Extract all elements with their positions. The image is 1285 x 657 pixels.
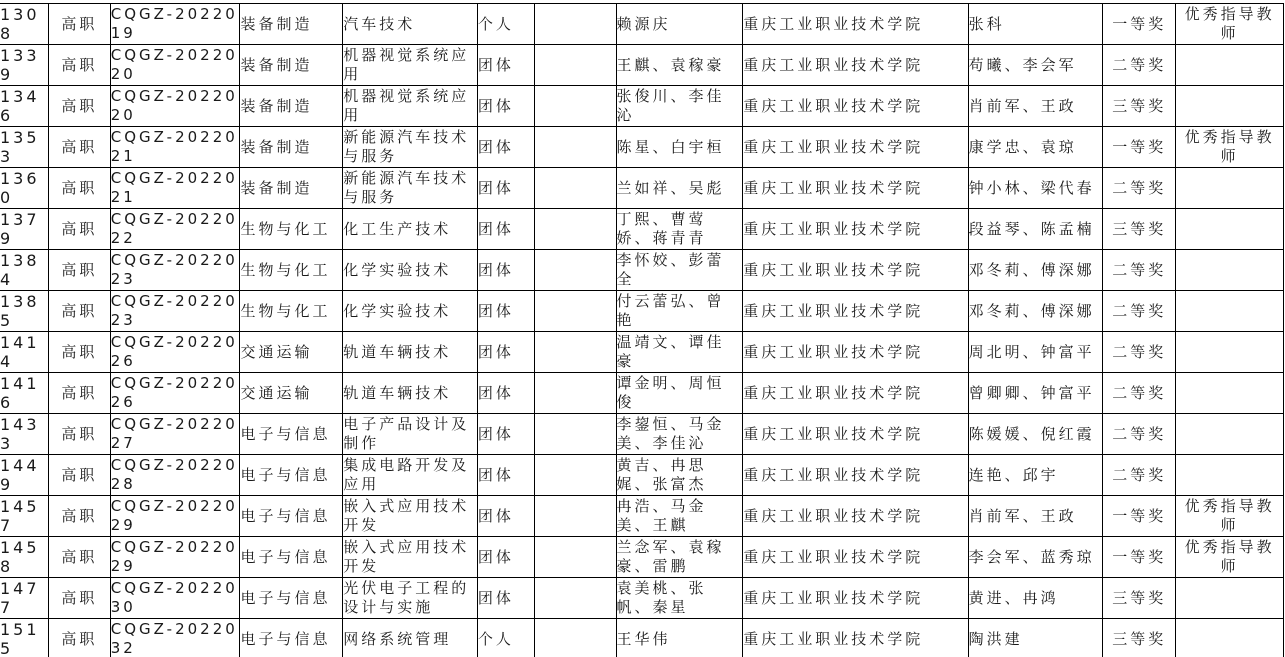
entry-type-cell-text: 团体	[478, 425, 534, 444]
teachers-cell: 肖前军、王政	[968, 86, 1103, 127]
students-cell-text: 王麒、袁稼豪	[617, 56, 743, 75]
school-cell-text: 重庆工业职业技术学院	[743, 589, 967, 608]
row-id-cell: 1379	[0, 209, 48, 250]
teachers-cell: 张科	[968, 4, 1103, 45]
awards-table: 1308高职CQGZ-2022019装备制造汽车技术个人赖源庆重庆工业职业技术学…	[0, 3, 1284, 657]
blank-cell	[534, 45, 616, 86]
school-cell-text: 重庆工业职业技术学院	[743, 425, 967, 444]
event-code-cell-text: CQGZ-2022032	[111, 620, 240, 657]
school-cell: 重庆工业职业技术学院	[743, 209, 968, 250]
award-cell-text: 二等奖	[1103, 466, 1175, 485]
school-cell-text: 重庆工业职业技术学院	[743, 56, 967, 75]
students-cell-text: 温靖文、谭佳豪	[617, 333, 743, 371]
level-cell-text: 高职	[49, 138, 110, 157]
level-cell: 高职	[48, 619, 110, 657]
row-id-cell: 1353	[0, 127, 48, 168]
level-cell: 高职	[48, 332, 110, 373]
row-id-cell: 1384	[0, 250, 48, 291]
event-name-cell-text: 嵌入式应用技术开发	[343, 497, 477, 535]
event-name-cell: 机器视觉系统应用	[343, 45, 478, 86]
event-name-cell-text: 机器视觉系统应用	[343, 46, 477, 84]
award-cell-text: 三等奖	[1103, 220, 1175, 239]
level-cell: 高职	[48, 291, 110, 332]
event-code-cell: CQGZ-2022026	[110, 332, 240, 373]
note-cell	[1176, 45, 1284, 86]
award-cell-text: 二等奖	[1103, 261, 1175, 280]
teachers-cell-text: 黄进、冉鸿	[969, 589, 1103, 608]
table-row: 1385高职CQGZ-2022023生物与化工化学实验技术团体付云蕾弘、曾艳重庆…	[0, 291, 1284, 332]
teachers-cell: 段益琴、陈孟楠	[968, 209, 1103, 250]
event-name-cell-text: 网络系统管理	[343, 630, 477, 649]
entry-type-cell-text: 团体	[478, 466, 534, 485]
entry-type-cell: 团体	[477, 250, 534, 291]
teachers-cell-text: 段益琴、陈孟楠	[969, 220, 1103, 239]
teachers-cell: 邓冬莉、傅深娜	[968, 291, 1103, 332]
note-cell	[1176, 332, 1284, 373]
event-code-cell-text: CQGZ-2022029	[111, 497, 240, 535]
category-cell-text: 生物与化工	[240, 261, 342, 280]
school-cell-text: 重庆工业职业技术学院	[743, 97, 967, 116]
award-cell: 一等奖	[1103, 4, 1176, 45]
event-code-cell-text: CQGZ-2022020	[111, 46, 240, 84]
award-cell: 二等奖	[1103, 250, 1176, 291]
event-code-cell-text: CQGZ-2022027	[111, 415, 240, 453]
school-cell: 重庆工业职业技术学院	[743, 578, 968, 619]
award-cell-text: 二等奖	[1103, 179, 1175, 198]
event-name-cell: 嵌入式应用技术开发	[343, 496, 478, 537]
event-code-cell: CQGZ-2022021	[110, 168, 240, 209]
students-cell-text: 黄吉、冉思娓、张富杰	[617, 456, 743, 494]
students-cell-text: 张俊川、李佳沁	[617, 87, 743, 125]
category-cell-text: 电子与信息	[240, 548, 342, 567]
teachers-cell-text: 连艳、邱宇	[969, 466, 1103, 485]
level-cell: 高职	[48, 578, 110, 619]
event-code-cell: CQGZ-2022028	[110, 455, 240, 496]
event-name-cell: 化学实验技术	[343, 291, 478, 332]
table-row: 1346高职CQGZ-2022020装备制造机器视觉系统应用团体张俊川、李佳沁重…	[0, 86, 1284, 127]
event-code-cell: CQGZ-2022029	[110, 496, 240, 537]
teachers-cell-text: 钟小林、梁代春	[969, 179, 1103, 198]
award-cell-text: 二等奖	[1103, 425, 1175, 444]
award-cell-text: 二等奖	[1103, 343, 1175, 362]
school-cell: 重庆工业职业技术学院	[743, 168, 968, 209]
category-cell-text: 电子与信息	[240, 589, 342, 608]
note-cell	[1176, 373, 1284, 414]
event-name-cell-text: 汽车技术	[343, 15, 477, 34]
category-cell: 电子与信息	[240, 496, 343, 537]
entry-type-cell-text: 团体	[478, 56, 534, 75]
note-cell	[1176, 168, 1284, 209]
award-cell: 三等奖	[1103, 209, 1176, 250]
entry-type-cell-text: 团体	[478, 548, 534, 567]
table-row: 1414高职CQGZ-2022026交通运输轨道车辆技术团体温靖文、谭佳豪重庆工…	[0, 332, 1284, 373]
students-cell-text: 付云蕾弘、曾艳	[617, 292, 743, 330]
table-row: 1515高职CQGZ-2022032电子与信息网络系统管理个人王华伟重庆工业职业…	[0, 619, 1284, 657]
school-cell: 重庆工业职业技术学院	[743, 619, 968, 657]
teachers-cell: 邓冬莉、傅深娜	[968, 250, 1103, 291]
table-row: 1384高职CQGZ-2022023生物与化工化学实验技术团体李怀姣、彭蕾全重庆…	[0, 250, 1284, 291]
award-cell-text: 二等奖	[1103, 302, 1175, 321]
event-name-cell: 轨道车辆技术	[343, 373, 478, 414]
category-cell: 生物与化工	[240, 209, 343, 250]
table-row: 1433高职CQGZ-2022027电子与信息电子产品设计及制作团体李鋆恒、马金…	[0, 414, 1284, 455]
students-cell: 付云蕾弘、曾艳	[616, 291, 743, 332]
blank-cell	[534, 209, 616, 250]
table-row: 1360高职CQGZ-2022021装备制造新能源汽车技术与服务团体兰如祥、吴彪…	[0, 168, 1284, 209]
level-cell: 高职	[48, 250, 110, 291]
event-code-cell-text: CQGZ-2022028	[111, 456, 240, 494]
entry-type-cell: 团体	[477, 168, 534, 209]
event-name-cell-text: 集成电路开发及应用	[343, 456, 477, 494]
teachers-cell: 陶洪建	[968, 619, 1103, 657]
level-cell: 高职	[48, 414, 110, 455]
blank-cell	[534, 619, 616, 657]
note-cell	[1176, 209, 1284, 250]
category-cell: 电子与信息	[240, 455, 343, 496]
category-cell: 装备制造	[240, 4, 343, 45]
event-code-cell: CQGZ-2022022	[110, 209, 240, 250]
event-name-cell-text: 轨道车辆技术	[343, 343, 477, 362]
blank-cell	[534, 127, 616, 168]
level-cell-text: 高职	[49, 507, 110, 526]
row-id-cell: 1457	[0, 496, 48, 537]
row-id-cell-text: 1353	[0, 128, 48, 166]
event-name-cell: 新能源汽车技术与服务	[343, 127, 478, 168]
students-cell: 陈星、白宇桓	[616, 127, 743, 168]
entry-type-cell: 团体	[477, 332, 534, 373]
award-cell: 三等奖	[1103, 86, 1176, 127]
event-name-cell: 光伏电子工程的设计与实施	[343, 578, 478, 619]
teachers-cell: 李会军、蓝秀琼	[968, 537, 1103, 578]
level-cell: 高职	[48, 45, 110, 86]
event-code-cell: CQGZ-2022020	[110, 45, 240, 86]
award-cell: 三等奖	[1103, 619, 1176, 657]
entry-type-cell-text: 团体	[478, 302, 534, 321]
note-cell	[1176, 455, 1284, 496]
entry-type-cell-text: 团体	[478, 179, 534, 198]
event-code-cell: CQGZ-2022023	[110, 291, 240, 332]
note-cell	[1176, 619, 1284, 657]
table-row: 1416高职CQGZ-2022026交通运输轨道车辆技术团体谭金明、周恒俊重庆工…	[0, 373, 1284, 414]
event-code-cell-text: CQGZ-2022022	[111, 210, 240, 248]
level-cell-text: 高职	[49, 220, 110, 239]
award-cell-text: 一等奖	[1103, 15, 1175, 34]
blank-cell	[534, 291, 616, 332]
category-cell-text: 电子与信息	[240, 630, 342, 649]
level-cell-text: 高职	[49, 548, 110, 567]
note-cell-text: 优秀指导教师	[1176, 497, 1283, 535]
level-cell-text: 高职	[49, 179, 110, 198]
award-cell: 二等奖	[1103, 455, 1176, 496]
entry-type-cell-text: 团体	[478, 261, 534, 280]
entry-type-cell-text: 团体	[478, 343, 534, 362]
level-cell-text: 高职	[49, 56, 110, 75]
row-id-cell-text: 1458	[0, 538, 48, 576]
event-name-cell-text: 嵌入式应用技术开发	[343, 538, 477, 576]
students-cell-text: 李鋆恒、马金美、李佳沁	[617, 415, 743, 453]
teachers-cell: 康学忠、袁琼	[968, 127, 1103, 168]
event-name-cell: 汽车技术	[343, 4, 478, 45]
event-code-cell-text: CQGZ-2022021	[111, 128, 240, 166]
award-cell: 二等奖	[1103, 414, 1176, 455]
row-id-cell-text: 1384	[0, 251, 48, 289]
entry-type-cell: 团体	[477, 291, 534, 332]
level-cell: 高职	[48, 537, 110, 578]
students-cell: 兰如祥、吴彪	[616, 168, 743, 209]
event-name-cell-text: 新能源汽车技术与服务	[343, 128, 477, 166]
students-cell-text: 冉浩、马金美、王麒	[617, 497, 743, 535]
row-id-cell-text: 1346	[0, 87, 48, 125]
teachers-cell: 陈媛媛、倪红霞	[968, 414, 1103, 455]
category-cell: 交通运输	[240, 373, 343, 414]
note-cell-text: 优秀指导教师	[1176, 538, 1283, 576]
event-name-cell: 轨道车辆技术	[343, 332, 478, 373]
award-cell-text: 三等奖	[1103, 630, 1175, 649]
level-cell: 高职	[48, 455, 110, 496]
category-cell-text: 电子与信息	[240, 507, 342, 526]
award-cell-text: 一等奖	[1103, 138, 1175, 157]
school-cell-text: 重庆工业职业技术学院	[743, 630, 967, 649]
school-cell: 重庆工业职业技术学院	[743, 86, 968, 127]
row-id-cell: 1458	[0, 537, 48, 578]
category-cell-text: 电子与信息	[240, 466, 342, 485]
event-code-cell: CQGZ-2022021	[110, 127, 240, 168]
row-id-cell-text: 1385	[0, 292, 48, 330]
school-cell-text: 重庆工业职业技术学院	[743, 302, 967, 321]
table-row: 1379高职CQGZ-2022022生物与化工化工生产技术团体丁熙、曹莺娇、蒋青…	[0, 209, 1284, 250]
award-cell: 一等奖	[1103, 127, 1176, 168]
note-cell	[1176, 250, 1284, 291]
note-cell	[1176, 86, 1284, 127]
event-name-cell: 化学实验技术	[343, 250, 478, 291]
event-name-cell-text: 化工生产技术	[343, 220, 477, 239]
category-cell: 装备制造	[240, 168, 343, 209]
teachers-cell-text: 邓冬莉、傅深娜	[969, 302, 1103, 321]
entry-type-cell: 团体	[477, 496, 534, 537]
students-cell-text: 谭金明、周恒俊	[617, 374, 743, 412]
award-cell-text: 二等奖	[1103, 384, 1175, 403]
students-cell: 王华伟	[616, 619, 743, 657]
teachers-cell: 肖前军、王政	[968, 496, 1103, 537]
event-name-cell-text: 机器视觉系统应用	[343, 87, 477, 125]
school-cell: 重庆工业职业技术学院	[743, 537, 968, 578]
note-cell: 优秀指导教师	[1176, 127, 1284, 168]
students-cell-text: 兰如祥、吴彪	[617, 179, 743, 198]
event-name-cell: 网络系统管理	[343, 619, 478, 657]
students-cell: 赖源庆	[616, 4, 743, 45]
award-cell-text: 一等奖	[1103, 548, 1175, 567]
row-id-cell: 1414	[0, 332, 48, 373]
event-code-cell-text: CQGZ-2022021	[111, 169, 240, 207]
note-cell: 优秀指导教师	[1176, 537, 1284, 578]
category-cell: 交通运输	[240, 332, 343, 373]
students-cell-text: 丁熙、曹莺娇、蒋青青	[617, 210, 743, 248]
students-cell: 黄吉、冉思娓、张富杰	[616, 455, 743, 496]
entry-type-cell: 团体	[477, 86, 534, 127]
category-cell-text: 交通运输	[240, 343, 342, 362]
level-cell-text: 高职	[49, 630, 110, 649]
note-cell	[1176, 414, 1284, 455]
row-id-cell: 1346	[0, 86, 48, 127]
school-cell-text: 重庆工业职业技术学院	[743, 138, 967, 157]
award-cell: 一等奖	[1103, 537, 1176, 578]
row-id-cell-text: 1457	[0, 497, 48, 535]
table-row: 1339高职CQGZ-2022020装备制造机器视觉系统应用团体王麒、袁稼豪重庆…	[0, 45, 1284, 86]
table-row: 1353高职CQGZ-2022021装备制造新能源汽车技术与服务团体陈星、白宇桓…	[0, 127, 1284, 168]
table-row: 1458高职CQGZ-2022029电子与信息嵌入式应用技术开发团体兰念军、袁稼…	[0, 537, 1284, 578]
teachers-cell-text: 肖前军、王政	[969, 507, 1103, 526]
teachers-cell-text: 陈媛媛、倪红霞	[969, 425, 1103, 444]
entry-type-cell: 团体	[477, 373, 534, 414]
students-cell: 温靖文、谭佳豪	[616, 332, 743, 373]
event-name-cell: 机器视觉系统应用	[343, 86, 478, 127]
level-cell-text: 高职	[49, 343, 110, 362]
entry-type-cell-text: 团体	[478, 384, 534, 403]
students-cell: 冉浩、马金美、王麒	[616, 496, 743, 537]
level-cell: 高职	[48, 127, 110, 168]
level-cell: 高职	[48, 373, 110, 414]
school-cell-text: 重庆工业职业技术学院	[743, 466, 967, 485]
school-cell: 重庆工业职业技术学院	[743, 291, 968, 332]
school-cell: 重庆工业职业技术学院	[743, 414, 968, 455]
category-cell-text: 装备制造	[240, 138, 342, 157]
award-cell: 三等奖	[1103, 578, 1176, 619]
award-cell: 二等奖	[1103, 45, 1176, 86]
blank-cell	[534, 578, 616, 619]
event-name-cell-text: 化学实验技术	[343, 302, 477, 321]
table-row: 1308高职CQGZ-2022019装备制造汽车技术个人赖源庆重庆工业职业技术学…	[0, 4, 1284, 45]
award-cell-text: 三等奖	[1103, 589, 1175, 608]
level-cell: 高职	[48, 209, 110, 250]
school-cell: 重庆工业职业技术学院	[743, 4, 968, 45]
event-name-cell: 嵌入式应用技术开发	[343, 537, 478, 578]
level-cell-text: 高职	[49, 425, 110, 444]
event-name-cell-text: 化学实验技术	[343, 261, 477, 280]
event-code-cell: CQGZ-2022023	[110, 250, 240, 291]
row-id-cell-text: 1477	[0, 579, 48, 617]
students-cell: 王麒、袁稼豪	[616, 45, 743, 86]
event-name-cell-text: 新能源汽车技术与服务	[343, 169, 477, 207]
row-id-cell: 1385	[0, 291, 48, 332]
blank-cell	[534, 537, 616, 578]
level-cell: 高职	[48, 168, 110, 209]
note-cell-text: 优秀指导教师	[1176, 5, 1283, 43]
row-id-cell: 1360	[0, 168, 48, 209]
event-name-cell: 集成电路开发及应用	[343, 455, 478, 496]
event-name-cell: 电子产品设计及制作	[343, 414, 478, 455]
entry-type-cell-text: 团体	[478, 97, 534, 116]
event-code-cell: CQGZ-2022030	[110, 578, 240, 619]
event-name-cell-text: 光伏电子工程的设计与实施	[343, 579, 477, 617]
event-name-cell-text: 电子产品设计及制作	[343, 415, 477, 453]
category-cell: 生物与化工	[240, 250, 343, 291]
level-cell-text: 高职	[49, 15, 110, 34]
award-cell: 二等奖	[1103, 291, 1176, 332]
category-cell-text: 生物与化工	[240, 220, 342, 239]
school-cell-text: 重庆工业职业技术学院	[743, 343, 967, 362]
teachers-cell-text: 邓冬莉、傅深娜	[969, 261, 1103, 280]
event-name-cell-text: 轨道车辆技术	[343, 384, 477, 403]
category-cell-text: 交通运输	[240, 384, 342, 403]
category-cell: 装备制造	[240, 86, 343, 127]
school-cell: 重庆工业职业技术学院	[743, 496, 968, 537]
row-id-cell: 1515	[0, 619, 48, 657]
award-cell-text: 一等奖	[1103, 507, 1175, 526]
event-name-cell: 新能源汽车技术与服务	[343, 168, 478, 209]
teachers-cell-text: 康学忠、袁琼	[969, 138, 1103, 157]
teachers-cell-text: 周北明、钟富平	[969, 343, 1103, 362]
event-code-cell-text: CQGZ-2022019	[111, 5, 240, 43]
students-cell: 张俊川、李佳沁	[616, 86, 743, 127]
event-code-cell: CQGZ-2022032	[110, 619, 240, 657]
level-cell: 高职	[48, 86, 110, 127]
category-cell: 电子与信息	[240, 414, 343, 455]
students-cell: 李鋆恒、马金美、李佳沁	[616, 414, 743, 455]
row-id-cell-text: 1414	[0, 333, 48, 371]
teachers-cell-text: 张科	[969, 15, 1103, 34]
school-cell: 重庆工业职业技术学院	[743, 127, 968, 168]
category-cell-text: 电子与信息	[240, 425, 342, 444]
school-cell-text: 重庆工业职业技术学院	[743, 220, 967, 239]
entry-type-cell-text: 个人	[478, 630, 534, 649]
school-cell-text: 重庆工业职业技术学院	[743, 507, 967, 526]
teachers-cell: 曾卿卿、钟富平	[968, 373, 1103, 414]
students-cell-text: 李怀姣、彭蕾全	[617, 251, 743, 289]
category-cell: 装备制造	[240, 45, 343, 86]
level-cell-text: 高职	[49, 466, 110, 485]
entry-type-cell: 团体	[477, 455, 534, 496]
blank-cell	[534, 332, 616, 373]
blank-cell	[534, 414, 616, 455]
award-cell: 二等奖	[1103, 168, 1176, 209]
category-cell: 生物与化工	[240, 291, 343, 332]
event-code-cell: CQGZ-2022027	[110, 414, 240, 455]
blank-cell	[534, 86, 616, 127]
table-row: 1457高职CQGZ-2022029电子与信息嵌入式应用技术开发团体冉浩、马金美…	[0, 496, 1284, 537]
entry-type-cell: 团体	[477, 45, 534, 86]
school-cell-text: 重庆工业职业技术学院	[743, 384, 967, 403]
event-name-cell: 化工生产技术	[343, 209, 478, 250]
level-cell-text: 高职	[49, 589, 110, 608]
teachers-cell-text: 肖前军、王政	[969, 97, 1103, 116]
event-code-cell: CQGZ-2022029	[110, 537, 240, 578]
teachers-cell: 黄进、冉鸿	[968, 578, 1103, 619]
blank-cell	[534, 496, 616, 537]
entry-type-cell: 团体	[477, 209, 534, 250]
entry-type-cell-text: 个人	[478, 15, 534, 34]
note-cell	[1176, 291, 1284, 332]
students-cell-text: 赖源庆	[617, 15, 743, 34]
award-cell-text: 二等奖	[1103, 56, 1175, 75]
event-code-cell: CQGZ-2022026	[110, 373, 240, 414]
row-id-cell-text: 1515	[0, 620, 48, 657]
students-cell: 谭金明、周恒俊	[616, 373, 743, 414]
entry-type-cell-text: 团体	[478, 138, 534, 157]
row-id-cell-text: 1339	[0, 46, 48, 84]
category-cell-text: 装备制造	[240, 15, 342, 34]
teachers-cell-text: 苟曦、李会军	[969, 56, 1103, 75]
table-row: 1449高职CQGZ-2022028电子与信息集成电路开发及应用团体黄吉、冉思娓…	[0, 455, 1284, 496]
entry-type-cell: 团体	[477, 127, 534, 168]
award-cell: 二等奖	[1103, 373, 1176, 414]
row-id-cell: 1433	[0, 414, 48, 455]
row-id-cell-text: 1449	[0, 456, 48, 494]
level-cell-text: 高职	[49, 384, 110, 403]
note-cell: 优秀指导教师	[1176, 496, 1284, 537]
category-cell-text: 装备制造	[240, 97, 342, 116]
school-cell-text: 重庆工业职业技术学院	[743, 261, 967, 280]
event-code-cell: CQGZ-2022019	[110, 4, 240, 45]
